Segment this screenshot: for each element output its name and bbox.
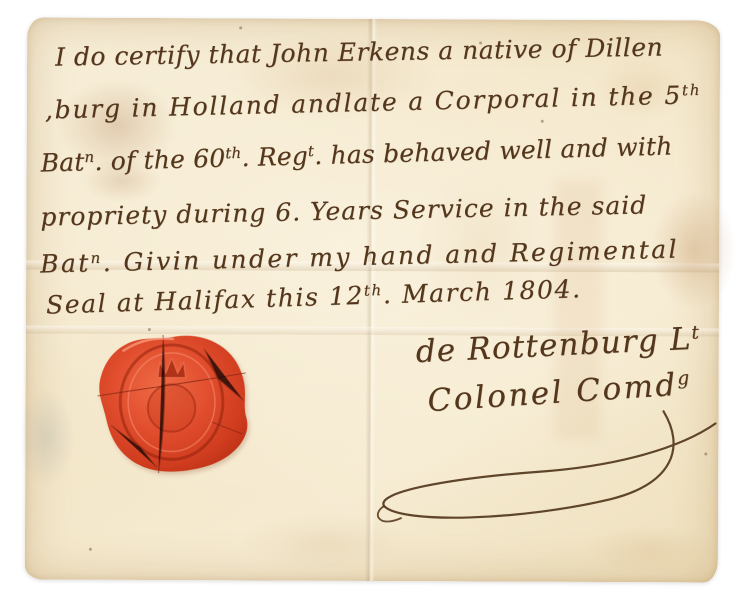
foxing-speck (541, 120, 544, 123)
handwritten-line-1: I do certify that John Erkens a native o… (55, 33, 664, 72)
signature-flourish (367, 408, 728, 540)
wax-seal (93, 331, 252, 480)
document-paper: I do certify that John Erkens a native o… (25, 17, 720, 582)
photo-stage: I do certify that John Erkens a native o… (0, 0, 746, 600)
foxing-speck (89, 548, 92, 551)
seal-center-medallion (148, 384, 196, 432)
paper-stain (19, 387, 74, 487)
foxing-speck (239, 26, 242, 29)
